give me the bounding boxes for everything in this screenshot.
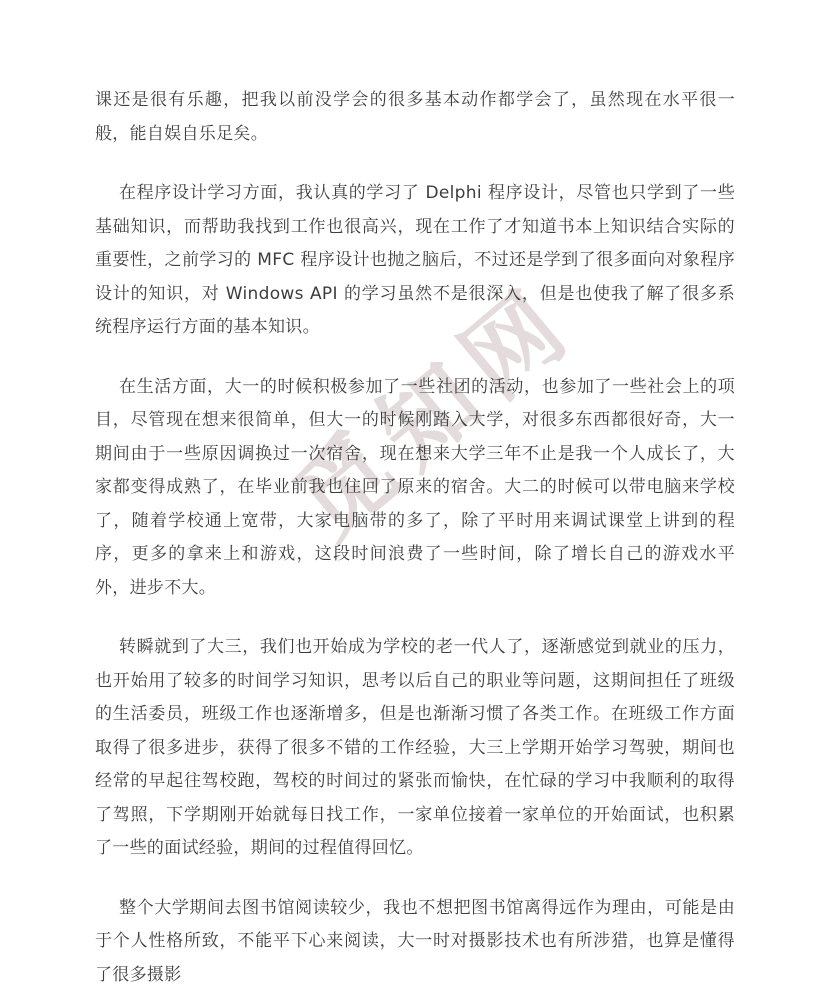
paragraph: 在生活方面，大一的时候积极参加了一些社团的活动，也参加了一些社会上的项目，尽管现…: [95, 371, 735, 606]
paragraph: 转瞬就到了大三，我们也开始成为学校的老一代人了，逐渐感觉到就业的压力，也开始用了…: [95, 631, 735, 866]
document-page: 觅知网 课还是很有乐趣，把我以前没学会的很多基本动作都学会了，虽然现在水平很一般…: [0, 0, 830, 986]
document-body: 课还是很有乐趣，把我以前没学会的很多基本动作都学会了，虽然现在水平很一般，能自娱…: [0, 0, 830, 986]
paragraph: 在程序设计学习方面，我认真的学习了 Delphi 程序设计，尽管也只学到了一些基…: [95, 177, 735, 345]
paragraph: 课还是很有乐趣，把我以前没学会的很多基本动作都学会了，虽然现在水平很一般，能自娱…: [95, 84, 735, 151]
paragraph: 整个大学期间去图书馆阅读较少，我也不想把图书馆离得远作为理由，可能是由于个人性格…: [95, 892, 735, 986]
